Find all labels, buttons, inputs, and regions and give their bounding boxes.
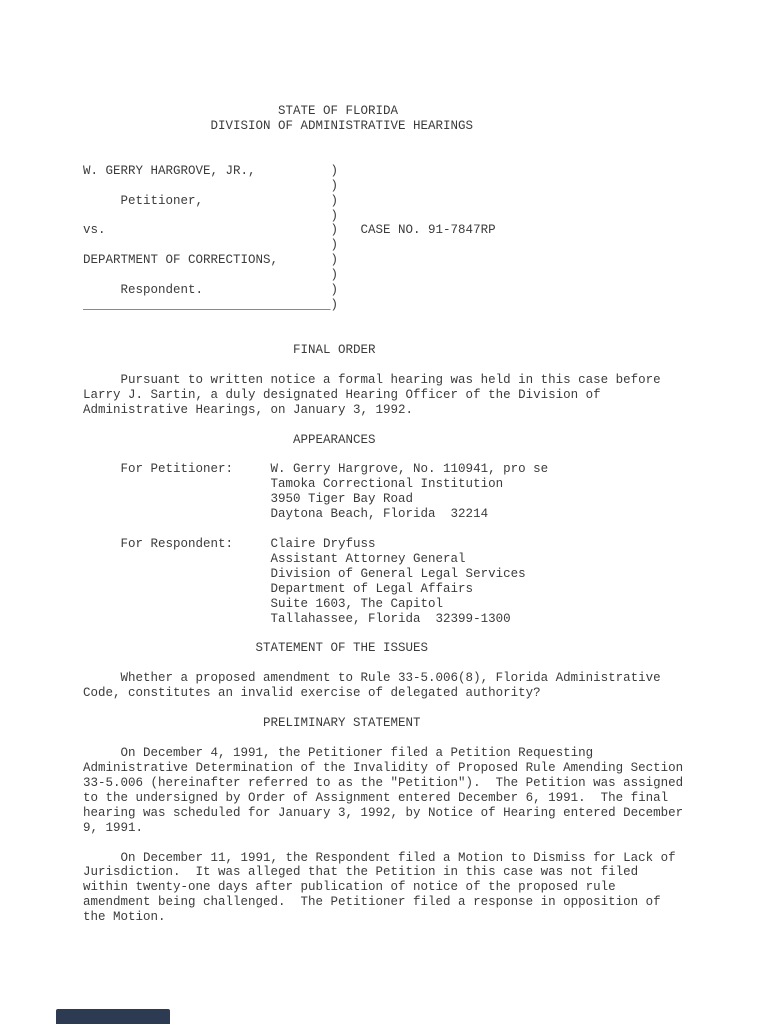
statement-of-issues-paragraph: Whether a proposed amendment to Rule 33-… <box>83 671 770 701</box>
preliminary-paragraph-1: On December 4, 1991, the Petitioner file… <box>83 746 770 835</box>
appearances-title: APPEARANCES <box>83 433 770 448</box>
statement-of-issues-title: STATEMENT OF THE ISSUES <box>83 641 770 656</box>
final-order-title: FINAL ORDER <box>83 343 770 358</box>
preliminary-paragraph-2: On December 11, 1991, the Respondent fil… <box>83 851 770 926</box>
page-indicator-overlay <box>56 1009 170 1024</box>
case-caption: W. GERRY HARGROVE, JR., ) ) Petitioner, … <box>83 164 770 313</box>
court-header: STATE OF FLORIDA DIVISION OF ADMINISTRAT… <box>83 104 770 134</box>
petitioner-appearance: For Petitioner: W. Gerry Hargrove, No. 1… <box>83 462 770 522</box>
opening-paragraph: Pursuant to written notice a formal hear… <box>83 373 770 418</box>
preliminary-statement-title: PRELIMINARY STATEMENT <box>83 716 770 731</box>
respondent-appearance: For Respondent: Claire Dryfuss Assistant… <box>83 537 770 626</box>
document-page: STATE OF FLORIDA DIVISION OF ADMINISTRAT… <box>0 0 770 1024</box>
